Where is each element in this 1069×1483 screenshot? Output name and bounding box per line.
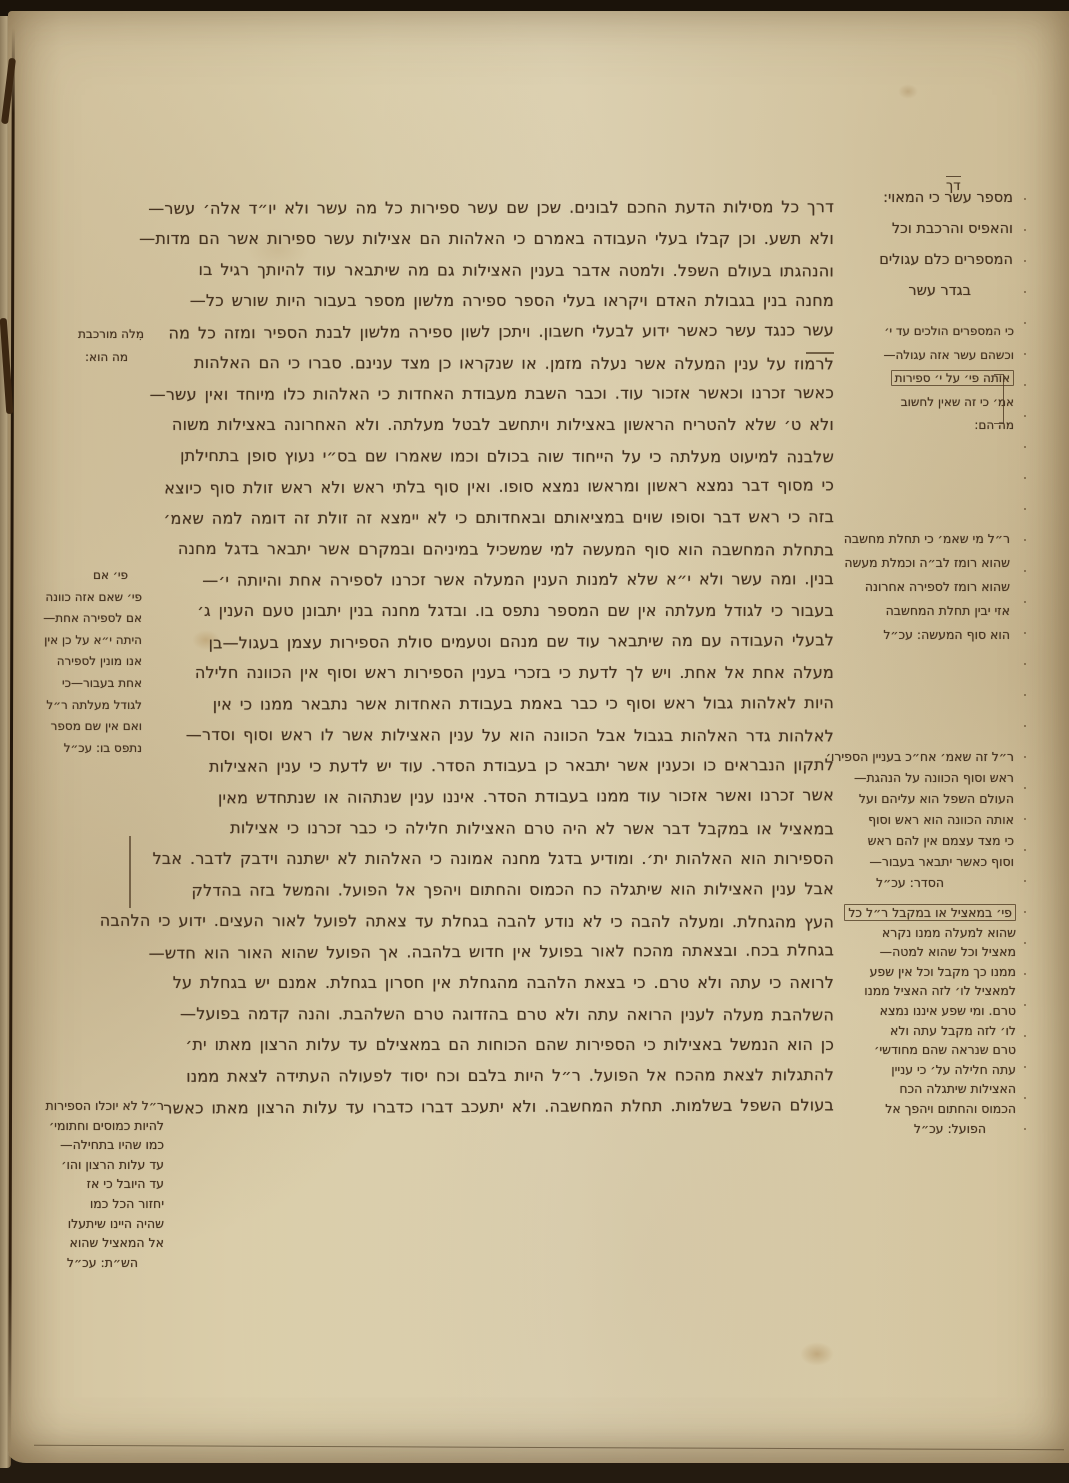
gloss-reference-tick (806, 352, 834, 354)
main-text-line: בעבור כי לגודל מעלתה אין שם המספר נתפס ב… (132, 595, 834, 626)
boxed-gloss-words: פי׳ במאציל או במקבל ר״ל כל (844, 904, 1016, 921)
margin-note-line: למאציל לו׳ לזה האציל ממנו (832, 981, 1016, 1001)
margin-note-line: מה הוא: (24, 346, 128, 369)
main-text-line: דרך כל מסילות הדעת החכם לבונים. שכן שם ע… (132, 191, 834, 224)
manuscript-scan: דך דרך כל מסילות הדעת החכם לבונים. שכן ש… (0, 0, 1069, 1483)
margin-note-line: שהוא רומז לב״ה וכמלת מעשה (838, 551, 1010, 575)
margin-note-line: אחת בעבור—כי (12, 673, 142, 695)
gloss-bracket (994, 374, 1004, 424)
main-text-line: במאציל או במקבל דבר אשר לא היה טרם האציל… (132, 812, 834, 844)
margin-note-line: אמ׳ כי זה שאין לחשוב (838, 391, 1014, 415)
margin-note-line: שהוא למעלה ממנו נקרא (832, 923, 1016, 943)
right-margin-note-numbers: כי המספרים הולכים עד י׳ וכשהם עשר אזה עג… (838, 320, 1014, 438)
margin-note-line: המספרים כלם עגולים (845, 245, 1013, 276)
margin-note-line: וסוף כאשר יתבאר בעבור— (834, 851, 1014, 872)
main-text-line: העץ מהגחלת. ומעלה להבה כי לא נודע להבה ב… (132, 905, 834, 937)
pricking-holes (1024, 198, 1026, 1133)
main-text-line: בזה כי ראש דבר וסופו שוים במציאותם ובאחד… (132, 501, 834, 534)
margin-note-line: היתה י״א על כן אין (12, 630, 142, 652)
margin-note-line: טרם שנראה שהם מחודשי׳ (832, 1040, 1016, 1060)
margin-note-line: הכמוס והחתום ויהפך אל (832, 1099, 1016, 1119)
margin-note-line: עד עלות הרצון והו׳ (12, 1155, 164, 1175)
main-text-line: אבל ענין האצילות הוא שיתגלה כח הכמוס והח… (132, 873, 834, 906)
margin-note-line: להיות כמוסים וחתומי׳ (12, 1116, 164, 1136)
margin-note-line: מִלה מורכבת (24, 323, 144, 346)
margin-note-line: שהיה היינו שיתעלו (12, 1214, 164, 1234)
margin-note-line: ר״ל מי שאמ׳ כי תחלת מחשבה (838, 527, 1010, 551)
margin-note-line: לו׳ לזה מקבל עתה ולא (832, 1021, 1016, 1041)
margin-note-line: הפועל: עכ״ל (832, 1119, 986, 1139)
margin-note-line: לגודל מעלתה ר״ל (12, 695, 142, 717)
margin-note-line: אותה פי׳ על י׳ ספירות (838, 367, 1014, 391)
right-margin-note-emanation: פי׳ במאציל או במקבל ר״ל כל שהוא למעלה ממ… (832, 903, 1016, 1138)
margin-note-line: ראש וסוף הכוונה על הנהגת— (834, 767, 1014, 788)
left-margin-note-compound-word: מִלה מורכבת מה הוא: (24, 323, 144, 369)
main-text-line: בגחלת בכח. ובצאתה מהכח לאור בפועל אין חד… (132, 934, 834, 968)
margin-note-line: מה הם: (838, 414, 1014, 438)
margin-note-line: העולם השפל הוא עליהם ועל (834, 788, 1014, 809)
parchment-stain (898, 84, 918, 99)
main-text-line: בנין. ומה עשר ולא י״א שלא למנות הענין המ… (132, 563, 834, 596)
main-text-line: להתגלות לצאת מהכח אל הפועל. ר״ל היות בלב… (132, 1059, 834, 1092)
margin-note-line: ואם אין שם מספר (12, 716, 142, 738)
main-text-line: השלהבת מעלה לענין הרואה עתה ולא טרם בהזד… (132, 998, 834, 1030)
main-text-line: היות לאלהות גבול ראש וסוף כי כבר באמת בע… (132, 687, 834, 720)
main-text-line: עשר כנגד עשר כאשר ידוע לבעלי חשבון. ויתכ… (132, 314, 834, 348)
main-text-line: והנהגתו בעולם השפל. ולמטה אדבר בענין האצ… (132, 254, 834, 286)
margin-note-line: כי מצד עצמם אין להם ראש (834, 830, 1014, 851)
margin-note-line: ר״ל זה שאמ׳ אח״כ בעניין הספירו׳ (834, 746, 1014, 767)
right-margin-note-order: ר״ל זה שאמ׳ אח״כ בעניין הספירו׳ ראש וסוף… (834, 746, 1014, 893)
right-margin-note-top: מספר עשר כי המאוי: והאפיס והרכבת וכל המס… (845, 183, 1013, 307)
margin-note-line: מאציל וכל שהוא למטה— (832, 942, 1016, 962)
margin-note-line: שהוא רומז לספירה אחרונה (838, 575, 1010, 599)
main-text-line: אשר זכרנו ואשר אזכור עוד ממנו בעבודת הסד… (132, 779, 834, 813)
margin-note-line: פי׳ במאציל או במקבל ר״ל כל (832, 903, 1016, 923)
main-text-block: דרך כל מסילות הדעת החכם לבונים. שכן שם ע… (132, 192, 834, 1140)
margin-note-line: האצילות שיתגלה הכח (832, 1079, 1016, 1099)
main-text-line: לתקון הנבראים כו וכענין אשר יתבאר כן בעב… (132, 749, 834, 782)
main-text-line: לאלהות גדר האלהות בגבול אבל הכוונה הוא ע… (132, 719, 834, 751)
main-text-line: בתחלת המחשבה הוא סוף המעשה למי שמשכיל במ… (132, 533, 834, 565)
margin-note-line: והאפיס והרכבת וכל (845, 214, 1013, 245)
main-text-line: לרמוז על ענין המעלה אשר נעלה מזמן. או שנ… (132, 347, 834, 379)
margin-note-line: אנו מונין לספירה (12, 651, 142, 673)
margin-note-line: פי׳ שאם אזה כוונה (12, 587, 142, 609)
main-text-line: לרואה כי עתה ולא טרם. כי בצאת הלהבה מהגח… (132, 967, 834, 998)
main-text-line: ולא ט׳ שלא להטריח הראשון באצילות ויתחשב … (132, 409, 834, 440)
margin-note-line: כמו שהיו בתחילה— (12, 1135, 164, 1155)
main-text-line: הספירות הוא האלהות ית׳. ומודיע בדגל מחנה… (132, 843, 834, 874)
margin-note-line: ממנו כך מקבל וכל אין שפע (832, 962, 1016, 982)
margin-note-heading: פי׳ אם (12, 565, 128, 587)
main-text-line: כן הוא הנמשל באצילות כי הספירות שהם הכוח… (132, 1029, 834, 1060)
left-margin-note-counting: פי׳ אם פי׳ שאם אזה כוונה אם לספירה אחת— … (12, 565, 142, 759)
marginal-rule-mark (129, 836, 131, 908)
main-text-line: בעולם השפל בשלמות. תחלת המחשבה. ולא יתעכ… (132, 1089, 834, 1123)
left-margin-note-jubilee: ר״ל לא יוכלו הספירות להיות כמוסים וחתומי… (12, 1096, 164, 1272)
main-text-line: שלבנה למיעוט מעלתה כי על הייחוד שוה בכול… (132, 440, 834, 472)
margin-note-line: נתפס בו: עכ״ל (12, 738, 142, 760)
main-text-line: מעלה אחת אל אחת. ויש לך לדעת כי בזכרי בע… (132, 657, 834, 688)
margin-note-line: הוא סוף המעשה: עכ״ל (838, 623, 1010, 647)
margin-note-line: אל המאציל שהוא (12, 1233, 164, 1253)
margin-note-line: עד היובל כי אז (12, 1174, 164, 1194)
margin-note-line: עתה חלילה על׳ כי עניין (832, 1060, 1016, 1080)
margin-note-line: אותה הכוונה הוא ראש וסוף (834, 809, 1014, 830)
margin-note-line: יחזור הכל כמו (12, 1194, 164, 1214)
main-text-line: כאשר זכרנו וכאשר אזכור עוד. וכבר השבת מע… (132, 377, 834, 410)
margin-note-line: הסדר: עכ״ל (834, 872, 944, 893)
parchment-stain (800, 1342, 834, 1366)
margin-note-line: אם לספירה אחת— (12, 608, 142, 630)
margin-note-line: וכשהם עשר אזה עגולה— (838, 344, 1014, 368)
margin-note-line: ר״ל לא יוכלו הספירות (12, 1096, 164, 1116)
main-text-line: כי מסוף דבר נמצא ראשון ומראשו נמצא סופו.… (132, 469, 834, 503)
main-text-line: לבעלי העבודה עם מה שיתבאר עוד שם מנהם וט… (132, 624, 834, 658)
margin-note-line: כי המספרים הולכים עד י׳ (838, 320, 1014, 344)
right-margin-note-thought: ר״ל מי שאמ׳ כי תחלת מחשבה שהוא רומז לב״ה… (838, 527, 1010, 647)
margin-note-line: בגדר עשר (845, 276, 971, 307)
main-text-line: ולא תשע. וכן קבלו בעלי העבודה באמרם כי ה… (132, 223, 834, 254)
margin-note-line: טרם. ומי שפע איננו נמצא (832, 1001, 1016, 1021)
margin-note-line: הש״ת: עכ״ל (12, 1253, 138, 1273)
margin-note-line: אזי יבין תחלת המחשבה (838, 599, 1010, 623)
main-text-line: מחנה בנין בגבולת האדם ויקראו בעלי הספר ס… (132, 285, 834, 316)
margin-note-line: מספר עשר כי המאוי: (845, 183, 1013, 214)
